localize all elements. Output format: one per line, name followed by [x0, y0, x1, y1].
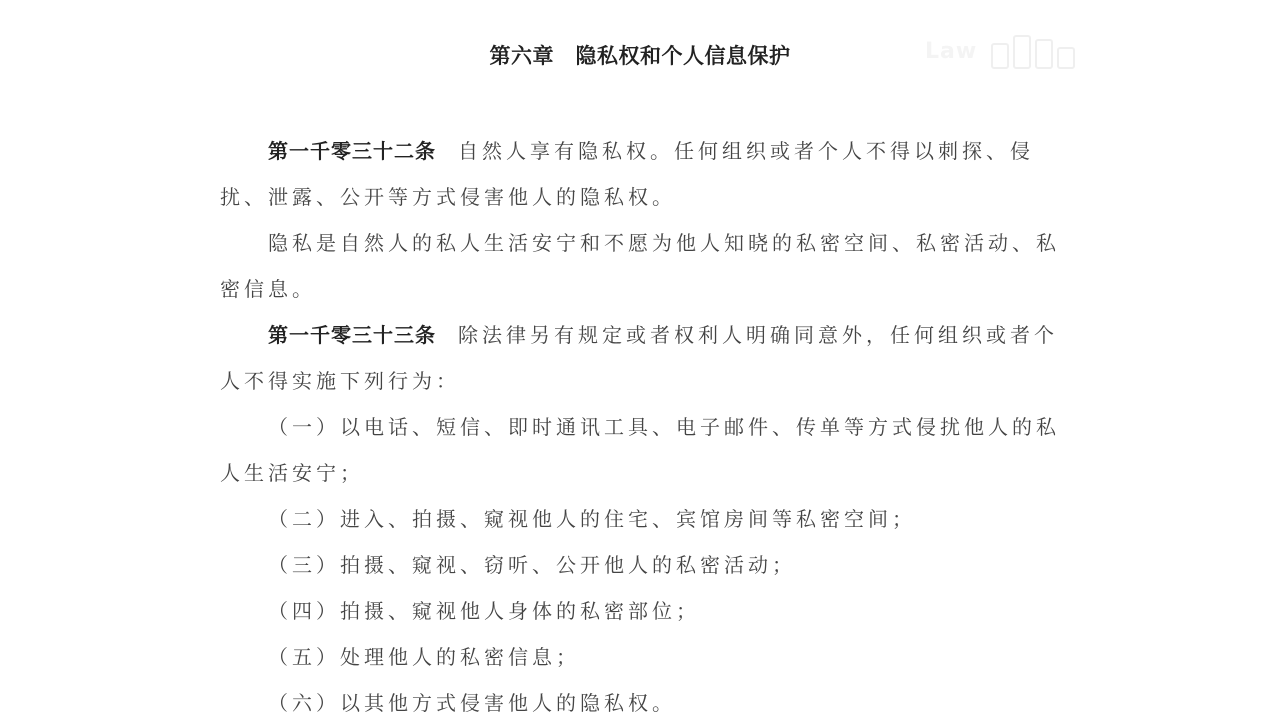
list-item: （五）处理他人的私密信息； [220, 634, 1060, 680]
article-number: 第一千零三十三条 [268, 323, 436, 347]
article-1033-paragraph-1: 第一千零三十三条除法律另有规定或者权利人明确同意外，任何组织或者个人不得实施下列… [220, 312, 1060, 404]
article-1032-paragraph-1: 第一千零三十二条自然人享有隐私权。任何组织或者个人不得以刺探、侵扰、泄露、公开等… [220, 128, 1060, 220]
list-item: （三）拍摄、窥视、窃听、公开他人的私密活动； [220, 542, 1060, 588]
article-number: 第一千零三十二条 [268, 139, 436, 163]
list-item: （六）以其他方式侵害他人的隐私权。 [220, 680, 1060, 720]
watermark: Law [925, 32, 1075, 70]
chapter-title: 第六章 隐私权和个人信息保护 [0, 40, 1280, 70]
list-item: （一）以电话、短信、即时通讯工具、电子邮件、传单等方式侵扰他人的私人生活安宁； [220, 404, 1060, 496]
bilibili-logo-icon [991, 33, 1075, 69]
document-page: 第六章 隐私权和个人信息保护 Law 第一千零三十二条自然人享有隐私权。任何组织… [0, 0, 1280, 720]
document-body: 第一千零三十二条自然人享有隐私权。任何组织或者个人不得以刺探、侵扰、泄露、公开等… [220, 128, 1060, 720]
watermark-text: Law [925, 39, 977, 64]
article-1032-paragraph-2: 隐私是自然人的私人生活安宁和不愿为他人知晓的私密空间、私密活动、私密信息。 [220, 220, 1060, 312]
list-item: （四）拍摄、窥视他人身体的私密部位； [220, 588, 1060, 634]
list-item: （二）进入、拍摄、窥视他人的住宅、宾馆房间等私密空间； [220, 496, 1060, 542]
